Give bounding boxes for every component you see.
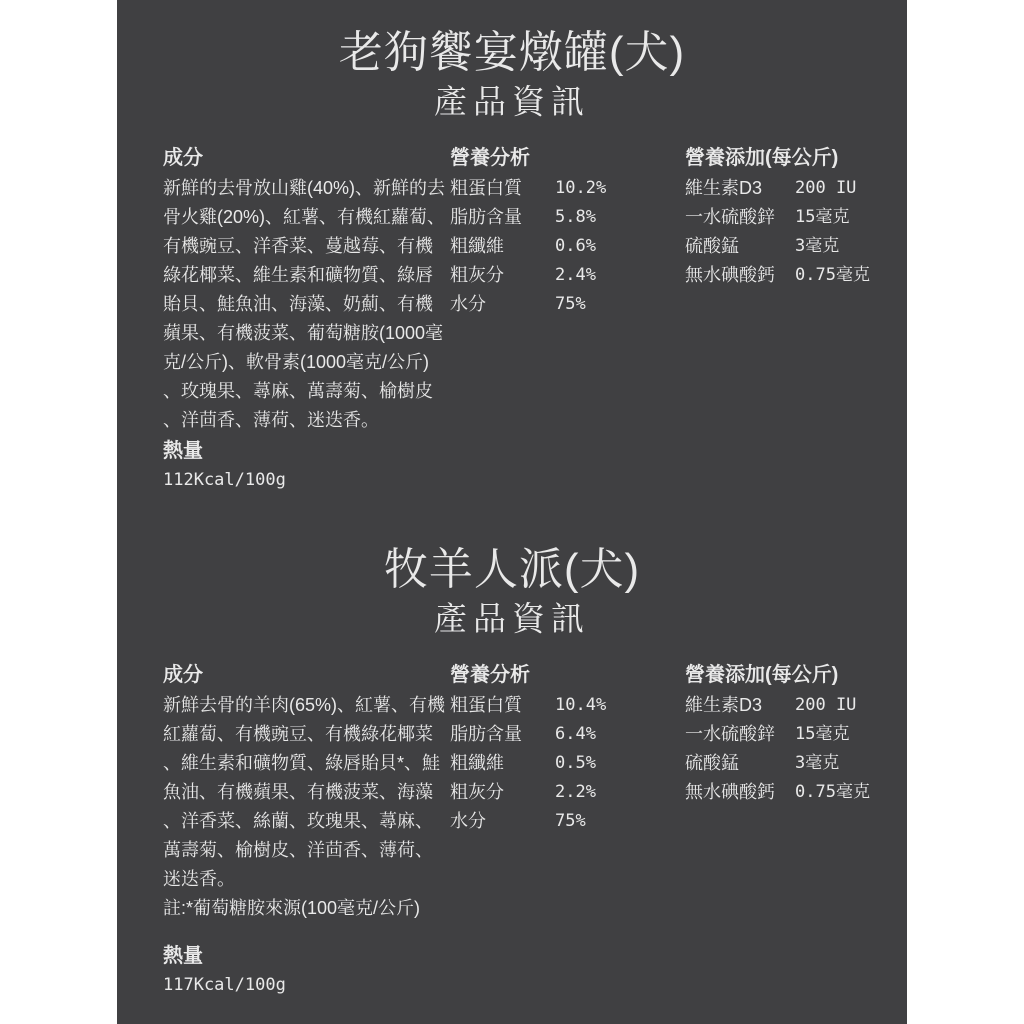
additive-label: 無水碘酸鈣 xyxy=(685,261,795,290)
additive-value: 200 IU xyxy=(795,691,856,720)
calories-heading: 熱量 xyxy=(163,438,286,464)
additive-value: 0.75毫克 xyxy=(795,778,870,807)
additive-value: 15毫克 xyxy=(795,720,849,749)
nutrition-value: 6.4% xyxy=(555,720,596,749)
nutrition-row: 粗蛋白質 10.4% xyxy=(450,691,670,720)
additive-label: 硫酸錳 xyxy=(685,749,795,778)
ingredients-line: 、洋茴香、薄荷、迷迭香。 xyxy=(163,406,463,435)
nutrition-row: 粗纖維 0.6% xyxy=(450,232,670,261)
calories-block: 熱量 112Kcal/100g xyxy=(163,438,286,494)
nutrition-label: 粗灰分 xyxy=(450,261,555,290)
ingredients-line: 蘋果、有機菠菜、葡萄糖胺(1000毫 xyxy=(163,319,463,348)
additive-value: 3毫克 xyxy=(795,749,839,778)
ingredients-line: 魚油、有機蘋果、有機菠菜、海藻 xyxy=(163,778,463,807)
nutrition-label: 水分 xyxy=(450,807,555,836)
nutrition-label: 脂肪含量 xyxy=(450,203,555,232)
additive-row: 維生素D3 200 IU xyxy=(685,691,910,720)
nutrition-heading: 營養分析 xyxy=(450,662,670,688)
nutrition-label: 粗纖維 xyxy=(450,749,555,778)
product-subtitle: 產品資訊 xyxy=(117,599,907,639)
ingredients-line: 骨火雞(20%)、紅薯、有機紅蘿蔔、 xyxy=(163,203,463,232)
nutrition-heading: 營養分析 xyxy=(450,145,670,171)
calories-value: 112Kcal/100g xyxy=(163,467,286,494)
additive-value: 0.75毫克 xyxy=(795,261,870,290)
additive-row: 一水硫酸鋅 15毫克 xyxy=(685,203,910,232)
additive-row: 硫酸錳 3毫克 xyxy=(685,232,910,261)
calories-value: 117Kcal/100g xyxy=(163,972,286,999)
ingredients-line: 、玫瑰果、蕁麻、萬壽菊、榆樹皮 xyxy=(163,377,463,406)
additive-label: 一水硫酸鋅 xyxy=(685,203,795,232)
nutrition-value: 75% xyxy=(555,290,586,319)
nutrition-value: 75% xyxy=(555,807,586,836)
product-section-shepherds-pie: 牧羊人派(犬) 產品資訊 成分 新鮮去骨的羊肉(65%)、紅薯、有機 紅蘿蔔、有… xyxy=(117,517,907,1024)
ingredients-line: 貽貝、鮭魚油、海藻、奶薊、有機 xyxy=(163,290,463,319)
additives-heading: 營養添加(每公斤) xyxy=(685,662,910,688)
nutrition-row: 脂肪含量 5.8% xyxy=(450,203,670,232)
ingredients-line: 萬壽菊、榆樹皮、洋茴香、薄荷、 xyxy=(163,836,463,865)
ingredients-line: 、洋香菜、絲蘭、玫瑰果、蕁麻、 xyxy=(163,807,463,836)
nutrition-column: 營養分析 粗蛋白質 10.2% 脂肪含量 5.8% 粗纖維 0.6% 粗灰分 2… xyxy=(450,145,670,319)
ingredients-column: 成分 新鮮的去骨放山雞(40%)、新鮮的去 骨火雞(20%)、紅薯、有機紅蘿蔔、… xyxy=(163,145,463,435)
ingredients-heading: 成分 xyxy=(163,145,463,171)
ingredients-text: 新鮮去骨的羊肉(65%)、紅薯、有機 紅蘿蔔、有機豌豆、有機綠花椰菜 、維生素和… xyxy=(163,691,463,923)
nutrition-value: 0.5% xyxy=(555,749,596,778)
additives-column: 營養添加(每公斤) 維生素D3 200 IU 一水硫酸鋅 15毫克 硫酸錳 3毫… xyxy=(685,662,910,807)
nutrition-row: 脂肪含量 6.4% xyxy=(450,720,670,749)
additive-label: 維生素D3 xyxy=(685,174,795,203)
ingredients-line: 有機豌豆、洋香菜、蔓越莓、有機 xyxy=(163,232,463,261)
ingredients-line: 新鮮去骨的羊肉(65%)、紅薯、有機 xyxy=(163,691,463,720)
additive-row: 無水碘酸鈣 0.75毫克 xyxy=(685,261,910,290)
nutrition-label: 水分 xyxy=(450,290,555,319)
ingredients-line: 紅蘿蔔、有機豌豆、有機綠花椰菜 xyxy=(163,720,463,749)
nutrition-label: 脂肪含量 xyxy=(450,720,555,749)
nutrition-label: 粗蛋白質 xyxy=(450,691,555,720)
nutrition-label: 粗蛋白質 xyxy=(450,174,555,203)
ingredients-line: 迷迭香。 xyxy=(163,865,463,894)
calories-block: 熱量 117Kcal/100g xyxy=(163,943,286,999)
ingredients-line: 、維生素和礦物質、綠唇貽貝*、鮭 xyxy=(163,749,463,778)
nutrition-value: 2.4% xyxy=(555,261,596,290)
additive-row: 一水硫酸鋅 15毫克 xyxy=(685,720,910,749)
ingredients-line: 新鮮的去骨放山雞(40%)、新鮮的去 xyxy=(163,174,463,203)
additives-heading: 營養添加(每公斤) xyxy=(685,145,910,171)
product-subtitle: 產品資訊 xyxy=(117,82,907,122)
product-title: 牧羊人派(犬) xyxy=(117,541,907,599)
nutrition-value: 10.2% xyxy=(555,174,606,203)
nutrition-value: 2.2% xyxy=(555,778,596,807)
additive-row: 維生素D3 200 IU xyxy=(685,174,910,203)
additive-value: 15毫克 xyxy=(795,203,849,232)
product-section-senior-dog-stew: 老狗饗宴燉罐(犬) 產品資訊 成分 新鮮的去骨放山雞(40%)、新鮮的去 骨火雞… xyxy=(117,0,907,517)
ingredients-line: 克/公斤)、軟骨素(1000毫克/公斤) xyxy=(163,348,463,377)
ingredients-line: 綠花椰菜、維生素和礦物質、綠唇 xyxy=(163,261,463,290)
additive-value: 200 IU xyxy=(795,174,856,203)
calories-heading: 熱量 xyxy=(163,943,286,969)
page: 老狗饗宴燉罐(犬) 產品資訊 成分 新鮮的去骨放山雞(40%)、新鮮的去 骨火雞… xyxy=(0,0,1024,1024)
additive-label: 硫酸錳 xyxy=(685,232,795,261)
nutrition-row: 粗纖維 0.5% xyxy=(450,749,670,778)
nutrition-label: 粗纖維 xyxy=(450,232,555,261)
ingredients-heading: 成分 xyxy=(163,662,463,688)
additive-value: 3毫克 xyxy=(795,232,839,261)
ingredients-column: 成分 新鮮去骨的羊肉(65%)、紅薯、有機 紅蘿蔔、有機豌豆、有機綠花椰菜 、維… xyxy=(163,662,463,923)
product-title: 老狗饗宴燉罐(犬) xyxy=(117,24,907,82)
additive-label: 一水硫酸鋅 xyxy=(685,720,795,749)
additive-label: 無水碘酸鈣 xyxy=(685,778,795,807)
nutrition-value: 5.8% xyxy=(555,203,596,232)
product-info-sheet: 老狗饗宴燉罐(犬) 產品資訊 成分 新鮮的去骨放山雞(40%)、新鮮的去 骨火雞… xyxy=(117,0,907,1024)
additive-label: 維生素D3 xyxy=(685,691,795,720)
nutrition-row: 粗灰分 2.4% xyxy=(450,261,670,290)
nutrition-row: 水分 75% xyxy=(450,290,670,319)
nutrition-row: 粗灰分 2.2% xyxy=(450,778,670,807)
ingredients-note: 註:*葡萄糖胺來源(100毫克/公斤) xyxy=(163,894,463,923)
additives-column: 營養添加(每公斤) 維生素D3 200 IU 一水硫酸鋅 15毫克 硫酸錳 3毫… xyxy=(685,145,910,290)
ingredients-text: 新鮮的去骨放山雞(40%)、新鮮的去 骨火雞(20%)、紅薯、有機紅蘿蔔、 有機… xyxy=(163,174,463,435)
additive-row: 硫酸錳 3毫克 xyxy=(685,749,910,778)
additive-row: 無水碘酸鈣 0.75毫克 xyxy=(685,778,910,807)
nutrition-column: 營養分析 粗蛋白質 10.4% 脂肪含量 6.4% 粗纖維 0.5% 粗灰分 2… xyxy=(450,662,670,836)
nutrition-value: 0.6% xyxy=(555,232,596,261)
nutrition-row: 水分 75% xyxy=(450,807,670,836)
nutrition-value: 10.4% xyxy=(555,691,606,720)
nutrition-row: 粗蛋白質 10.2% xyxy=(450,174,670,203)
nutrition-label: 粗灰分 xyxy=(450,778,555,807)
